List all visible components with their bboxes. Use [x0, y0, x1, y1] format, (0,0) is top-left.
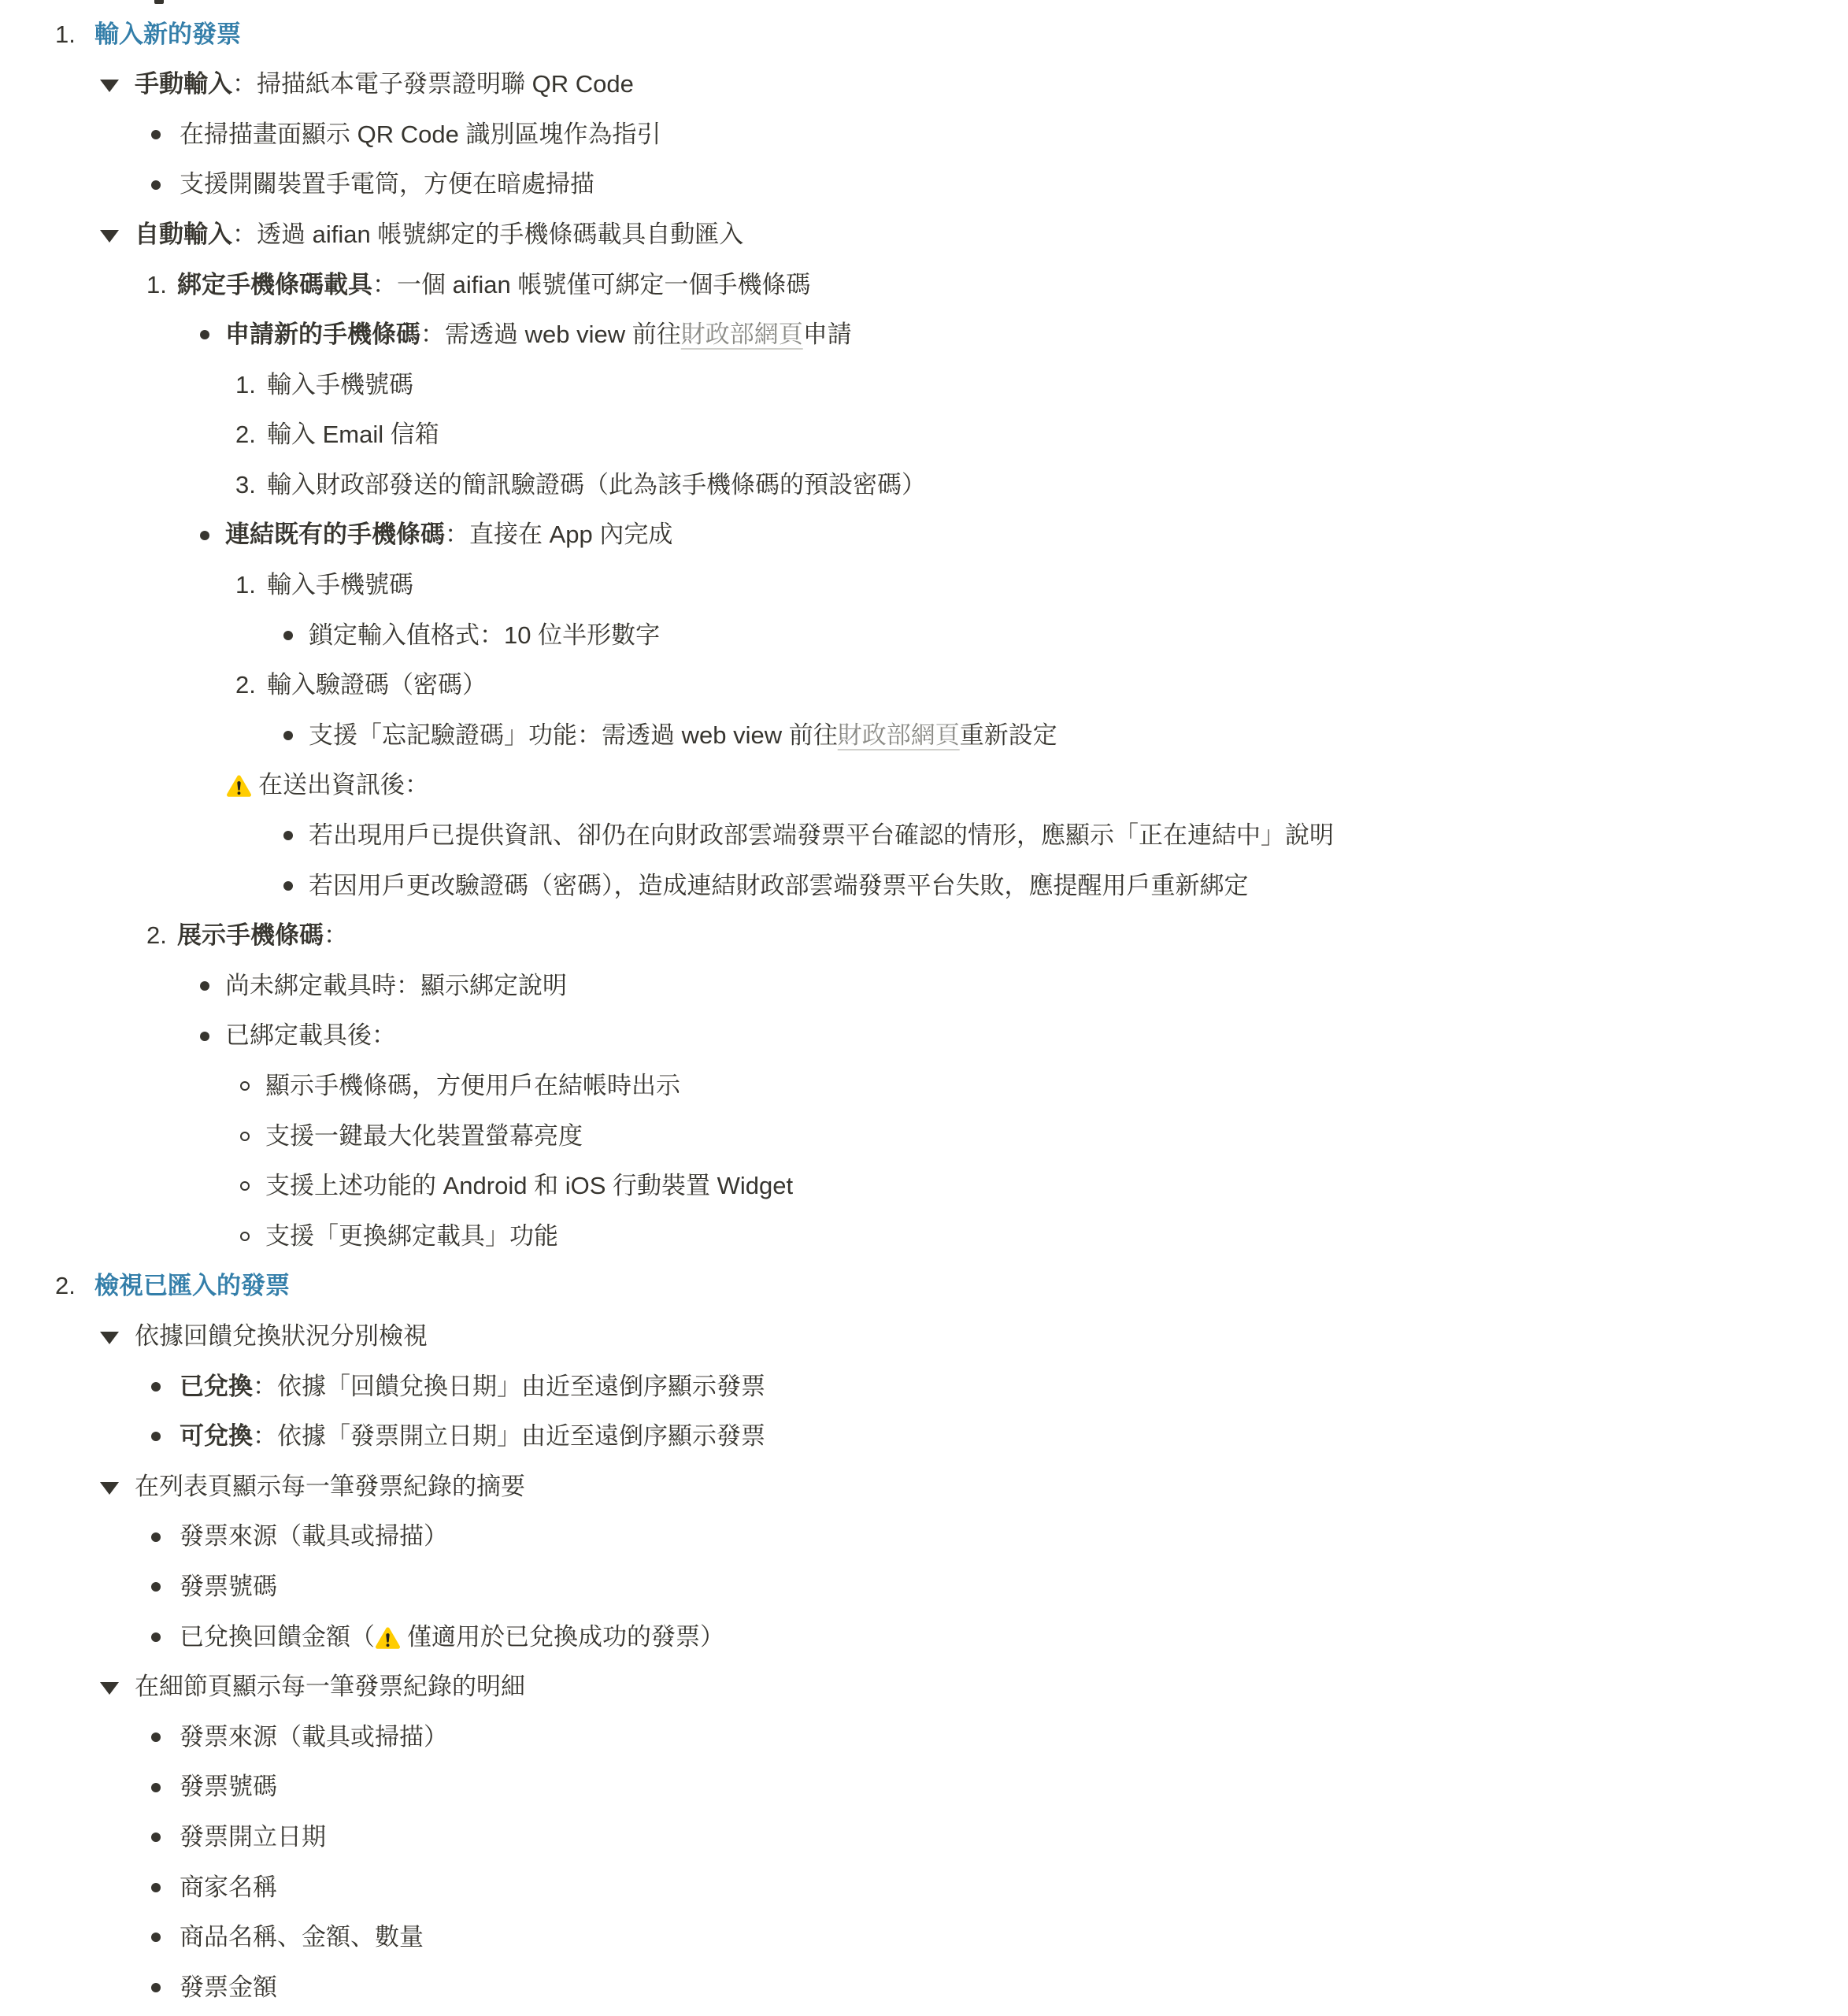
line-text: 手動輸入：掃描紙本電子發票證明聯 QR Code	[135, 66, 634, 103]
line-text: 商家名稱	[180, 1870, 277, 1907]
list-item: 2.檢視已匯入的發票	[0, 1262, 1848, 1312]
line-text: 支援上述功能的 Android 和 iOS 行動裝置 Widget	[265, 1168, 793, 1205]
line-text: 輸入手機號碼	[267, 367, 413, 404]
bullet-dot-icon	[283, 631, 293, 640]
line-text: 已綁定載具後：	[225, 1017, 396, 1054]
bullet-icon	[150, 180, 180, 190]
bullet-icon	[150, 1883, 180, 1892]
text: 在送出資訊後：	[258, 771, 429, 799]
bullet-icon	[150, 1732, 180, 1742]
bullet-dot-icon	[151, 1732, 161, 1742]
bold-text: 已兌換	[180, 1373, 253, 1400]
number-marker: 1.	[235, 367, 267, 404]
document-outline: 1.輸入新的發票手動輸入：掃描紙本電子發票證明聯 QR Code在掃描畫面顯示 …	[0, 0, 1848, 2016]
line-text: 顯示手機條碼，方便用戶在結帳時出示	[265, 1068, 680, 1105]
list-item: 2.輸入 Email 信箱	[0, 410, 1848, 461]
toggle-icon[interactable]	[100, 228, 135, 243]
text: ：一個 aifian 帳號僅可綁定一個手機條碼	[372, 271, 810, 298]
bullet-icon	[150, 1432, 180, 1441]
text: 發票來源（載具或掃描）	[180, 1522, 448, 1550]
bold-text: 連結既有的手機條碼	[225, 521, 445, 548]
bullet-dot-icon	[151, 180, 161, 190]
bullet-dot-icon	[200, 1032, 209, 1041]
line-text: 已兌換：依據「回饋兌換日期」由近至遠倒序顯示發票	[180, 1369, 765, 1406]
text: 已兌換回饋金額（	[180, 1623, 375, 1651]
line-text: 在送出資訊後：	[226, 767, 429, 804]
bullet-dot-icon	[151, 1883, 161, 1892]
text: 發票號碼	[180, 1773, 277, 1800]
list-item: 支援「忘記驗證碼」功能：需透過 web view 前往財政部網頁重新設定	[0, 710, 1848, 761]
bullet-icon	[282, 631, 309, 640]
line-text: 自動輸入：透過 aifian 帳號綁定的手機條碼載具自動匯入	[135, 217, 743, 254]
text: 發票來源（載具或掃描）	[180, 1723, 448, 1751]
cutoff-text-fragment	[154, 0, 164, 4]
line-text: 鎖定輸入值格式：10 位半形數字	[309, 617, 660, 654]
chevron-down-icon	[100, 1332, 119, 1344]
external-link[interactable]: 財政部網頁	[838, 721, 960, 749]
text: ：直接在 App 內完成	[445, 521, 672, 548]
bullet-dot-icon	[151, 1432, 161, 1441]
number-marker: 1.	[146, 267, 177, 304]
bullet-dot-icon	[283, 731, 293, 740]
bullet-dot-icon	[151, 1783, 161, 1792]
text: 顯示手機條碼，方便用戶在結帳時出示	[265, 1072, 680, 1099]
text: 發票號碼	[180, 1573, 277, 1600]
list-item: 發票來源（載具或掃描）	[0, 1712, 1848, 1762]
list-item: 2.展示手機條碼：	[0, 911, 1848, 962]
bold-text: 手動輸入	[135, 70, 232, 98]
list-item: 1.輸入新的發票	[0, 9, 1848, 60]
bullet-dot-icon	[151, 1983, 161, 1992]
text: 依據回饋兌換狀況分別檢視	[135, 1322, 428, 1350]
bullet-icon	[282, 881, 309, 891]
bullet-icon	[150, 1632, 180, 1642]
list-item: 可兌換：依據「發票開立日期」由近至遠倒序顯示發票	[0, 1412, 1848, 1462]
bullet-dot-icon	[200, 981, 209, 991]
bullet-icon	[198, 981, 225, 991]
bullet-icon	[198, 330, 225, 339]
bullet-dot-icon	[151, 1532, 161, 1542]
line-text: 若因用戶更改驗證碼（密碼），造成連結財政部雲端發票平台失敗，應提醒用戶重新綁定	[309, 868, 1249, 905]
list-item: 在掃描畫面顯示 QR Code 識別區塊作為指引	[0, 109, 1848, 160]
text: 若出現用戶已提供資訊、卻仍在向財政部雲端發票平台確認的情形，應顯示「正在連結中」…	[309, 821, 1334, 849]
bullet-icon	[282, 831, 309, 840]
line-text: 商品名稱、金額、數量	[180, 1919, 424, 1956]
outline-lines: 1.輸入新的發票手動輸入：掃描紙本電子發票證明聯 QR Code在掃描畫面顯示 …	[0, 9, 1848, 2013]
text: 發票開立日期	[180, 1823, 326, 1851]
text: 在列表頁顯示每一筆發票紀錄的摘要	[135, 1473, 525, 1500]
list-item: 支援一鍵最大化裝置螢幕亮度	[0, 1111, 1848, 1162]
list-item: 若出現用戶已提供資訊、卻仍在向財政部雲端發票平台確認的情形，應顯示「正在連結中」…	[0, 811, 1848, 862]
line-text: 發票金額	[180, 1970, 277, 2007]
text: 支援一鍵最大化裝置螢幕亮度	[265, 1122, 583, 1150]
list-item: 支援「更換綁定載具」功能	[0, 1211, 1848, 1262]
list-item: 商品名稱、金額、數量	[0, 1913, 1848, 1963]
number-marker: 1.	[235, 567, 267, 604]
chevron-down-icon	[100, 230, 119, 243]
text: 商品名稱、金額、數量	[180, 1923, 424, 1951]
list-item: 手動輸入：掃描紙本電子發票證明聯 QR Code	[0, 60, 1848, 110]
bullet-dot-icon	[200, 531, 209, 540]
line-text: 支援「忘記驗證碼」功能：需透過 web view 前往財政部網頁重新設定	[309, 717, 1057, 754]
warning-icon	[227, 774, 251, 797]
chevron-down-icon	[100, 1682, 119, 1695]
text: 輸入手機號碼	[267, 371, 413, 398]
list-item: 在送出資訊後：	[0, 761, 1848, 811]
line-text: 尚未綁定載具時：顯示綁定說明	[225, 968, 567, 1005]
number-marker: 3.	[235, 467, 267, 504]
line-text: 支援一鍵最大化裝置螢幕亮度	[265, 1118, 583, 1155]
list-item: 申請新的手機條碼：需透過 web view 前往財政部網頁申請	[0, 310, 1848, 361]
list-item: 鎖定輸入值格式：10 位半形數字	[0, 610, 1848, 661]
bullet-icon	[198, 1032, 225, 1041]
toggle-icon[interactable]	[100, 1480, 135, 1495]
line-text: 檢視已匯入的發票	[94, 1268, 290, 1305]
chevron-down-icon	[100, 80, 119, 92]
line-text: 輸入新的發票	[94, 17, 241, 54]
line-text: 輸入 Email 信箱	[267, 417, 439, 454]
chevron-down-icon	[100, 1482, 119, 1495]
external-link[interactable]: 財政部網頁	[681, 321, 803, 348]
bullet-dot-icon	[151, 1933, 161, 1942]
list-item: 已兌換：依據「回饋兌換日期」由近至遠倒序顯示發票	[0, 1362, 1848, 1412]
bullet-icon	[150, 1532, 180, 1542]
bold-text: 展示手機條碼	[177, 921, 324, 949]
line-text: 展示手機條碼：	[177, 917, 348, 954]
bullet-icon	[282, 731, 309, 740]
bold-text: 綁定手機條碼載具	[177, 271, 372, 298]
line-text: 在列表頁顯示每一筆發票紀錄的摘要	[135, 1469, 525, 1506]
list-item: 發票號碼	[0, 1762, 1848, 1813]
text: ：依據「發票開立日期」由近至遠倒序顯示發票	[253, 1422, 765, 1450]
warning-icon	[376, 1626, 400, 1649]
number-marker: 2.	[235, 417, 267, 454]
list-item: 若因用戶更改驗證碼（密碼），造成連結財政部雲端發票平台失敗，應提醒用戶重新綁定	[0, 861, 1848, 911]
line-text: 若出現用戶已提供資訊、卻仍在向財政部雲端發票平台確認的情形，應顯示「正在連結中」…	[309, 817, 1334, 854]
line-text: 可兌換：依據「發票開立日期」由近至遠倒序顯示發票	[180, 1418, 765, 1455]
list-item: 發票來源（載具或掃描）	[0, 1512, 1848, 1562]
number-marker: 1.	[55, 17, 94, 54]
bullet-icon	[150, 1933, 180, 1942]
text: 尚未綁定載具時：顯示綁定說明	[225, 972, 567, 999]
list-item: 在細節頁顯示每一筆發票紀錄的明細	[0, 1662, 1848, 1713]
bold-text: 可兌換	[180, 1422, 253, 1450]
bullet-icon	[150, 130, 180, 139]
bullet-icon	[198, 531, 225, 540]
line-text: 綁定手機條碼載具：一個 aifian 帳號僅可綁定一個手機條碼	[177, 267, 810, 304]
list-item: 2.輸入驗證碼（密碼）	[0, 661, 1848, 711]
bullet-dot-icon	[151, 1632, 161, 1642]
line-text: 輸入驗證碼（密碼）	[267, 667, 487, 704]
text: 若因用戶更改驗證碼（密碼），造成連結財政部雲端發票平台失敗，應提醒用戶重新綁定	[309, 872, 1249, 899]
list-item: 發票號碼	[0, 1562, 1848, 1612]
text: 發票金額	[180, 1973, 277, 2001]
text: 在細節頁顯示每一筆發票紀錄的明細	[135, 1673, 525, 1700]
list-item: 商家名稱	[0, 1862, 1848, 1913]
text: 輸入 Email 信箱	[267, 421, 439, 448]
line-text: 連結既有的手機條碼：直接在 App 內完成	[225, 517, 672, 554]
list-item: 支援上述功能的 Android 和 iOS 行動裝置 Widget	[0, 1162, 1848, 1212]
list-item: 3.輸入財政部發送的簡訊驗證碼（此為該手機條碼的預設密碼）	[0, 460, 1848, 510]
number-marker: 2.	[55, 1268, 94, 1305]
bold-text: 自動輸入	[135, 220, 232, 248]
list-item: 顯示手機條碼，方便用戶在結帳時出示	[0, 1061, 1848, 1111]
bullet-dot-icon	[283, 831, 293, 840]
list-item: 1.綁定手機條碼載具：一個 aifian 帳號僅可綁定一個手機條碼	[0, 260, 1848, 310]
line-text: 申請新的手機條碼：需透過 web view 前往財政部網頁申請	[225, 317, 852, 354]
line-text: 在細節頁顯示每一筆發票紀錄的明細	[135, 1669, 525, 1706]
text: 輸入手機號碼	[267, 571, 413, 598]
text: ：依據「回饋兌換日期」由近至遠倒序顯示發票	[253, 1373, 765, 1400]
list-item: 1.輸入手機號碼	[0, 561, 1848, 611]
text: 支援「忘記驗證碼」功能：需透過 web view 前往	[309, 721, 838, 749]
number-marker: 2.	[235, 667, 267, 704]
text: 鎖定輸入值格式：10 位半形數字	[309, 621, 660, 649]
bold-text: 申請新的手機條碼	[225, 321, 420, 348]
text: ：掃描紙本電子發票證明聯 QR Code	[232, 70, 634, 98]
bullet-icon	[150, 1783, 180, 1792]
text: 輸入驗證碼（密碼）	[267, 671, 487, 699]
line-text: 發票來源（載具或掃描）	[180, 1719, 448, 1756]
toggle-icon[interactable]	[100, 1329, 135, 1344]
bullet-icon	[150, 1582, 180, 1592]
text: ：	[324, 921, 348, 949]
circle-ring-icon	[240, 1081, 250, 1091]
bullet-icon	[150, 1382, 180, 1392]
line-text: 已兌換回饋金額（僅適用於已兌換成功的發票）	[180, 1619, 724, 1656]
number-marker: 2.	[146, 917, 177, 954]
text: 在掃描畫面顯示 QR Code 識別區塊作為指引	[180, 120, 661, 148]
list-item: 支援開關裝置手電筒，方便在暗處掃描	[0, 160, 1848, 210]
circle-bullet-icon	[239, 1132, 265, 1141]
list-item: 連結既有的手機條碼：直接在 App 內完成	[0, 510, 1848, 561]
list-item: 1.輸入手機號碼	[0, 360, 1848, 410]
text: 支援「更換綁定載具」功能	[265, 1222, 558, 1250]
page-link[interactable]: 檢視已匯入的發票	[94, 1272, 290, 1299]
line-text: 依據回饋兌換狀況分別檢視	[135, 1318, 428, 1355]
bullet-dot-icon	[283, 881, 293, 891]
line-text: 發票來源（載具或掃描）	[180, 1518, 448, 1555]
circle-ring-icon	[240, 1181, 250, 1191]
list-item: 發票金額	[0, 1962, 1848, 2013]
line-text: 發票開立日期	[180, 1819, 326, 1856]
line-text: 輸入財政部發送的簡訊驗證碼（此為該手機條碼的預設密碼）	[267, 467, 926, 504]
line-text: 發票號碼	[180, 1769, 277, 1806]
list-item: 已綁定載具後：	[0, 1011, 1848, 1062]
circle-bullet-icon	[239, 1232, 265, 1241]
page-link[interactable]: 輸入新的發票	[94, 20, 241, 48]
line-text: 發票號碼	[180, 1569, 277, 1606]
line-text: 支援「更換綁定載具」功能	[265, 1218, 558, 1255]
list-item: 在列表頁顯示每一筆發票紀錄的摘要	[0, 1462, 1848, 1512]
text: 已綁定載具後：	[225, 1021, 396, 1049]
circle-bullet-icon	[239, 1181, 265, 1191]
bullet-icon	[150, 1983, 180, 1992]
list-item: 自動輸入：透過 aifian 帳號綁定的手機條碼載具自動匯入	[0, 209, 1848, 260]
toggle-icon[interactable]	[100, 77, 135, 92]
line-text: 支援開關裝置手電筒，方便在暗處掃描	[180, 166, 594, 203]
text: 輸入財政部發送的簡訊驗證碼（此為該手機條碼的預設密碼）	[267, 471, 926, 498]
bullet-dot-icon	[151, 130, 161, 139]
bullet-icon	[150, 1833, 180, 1842]
list-item: 尚未綁定載具時：顯示綁定說明	[0, 961, 1848, 1011]
text: ：透過 aifian 帳號綁定的手機條碼載具自動匯入	[232, 220, 743, 248]
toggle-icon[interactable]	[100, 1680, 135, 1695]
list-item: 已兌換回饋金額（僅適用於已兌換成功的發票）	[0, 1612, 1848, 1662]
text: 支援開關裝置手電筒，方便在暗處掃描	[180, 170, 594, 198]
list-item: 依據回饋兌換狀況分別檢視	[0, 1311, 1848, 1362]
list-item: 發票開立日期	[0, 1812, 1848, 1862]
bullet-dot-icon	[151, 1582, 161, 1592]
text: 重新設定	[960, 721, 1057, 749]
text: ：需透過 web view 前往	[420, 321, 681, 348]
text: 商家名稱	[180, 1873, 277, 1901]
text: 支援上述功能的 Android 和 iOS 行動裝置 Widget	[265, 1172, 793, 1199]
bullet-dot-icon	[200, 330, 209, 339]
line-text: 在掃描畫面顯示 QR Code 識別區塊作為指引	[180, 117, 661, 154]
circle-bullet-icon	[239, 1081, 265, 1091]
bullet-dot-icon	[151, 1833, 161, 1842]
text: 僅適用於已兌換成功的發票）	[407, 1623, 724, 1651]
text: 申請	[803, 321, 852, 348]
line-text: 輸入手機號碼	[267, 567, 413, 604]
circle-ring-icon	[240, 1232, 250, 1241]
circle-ring-icon	[240, 1132, 250, 1141]
bullet-dot-icon	[151, 1382, 161, 1392]
